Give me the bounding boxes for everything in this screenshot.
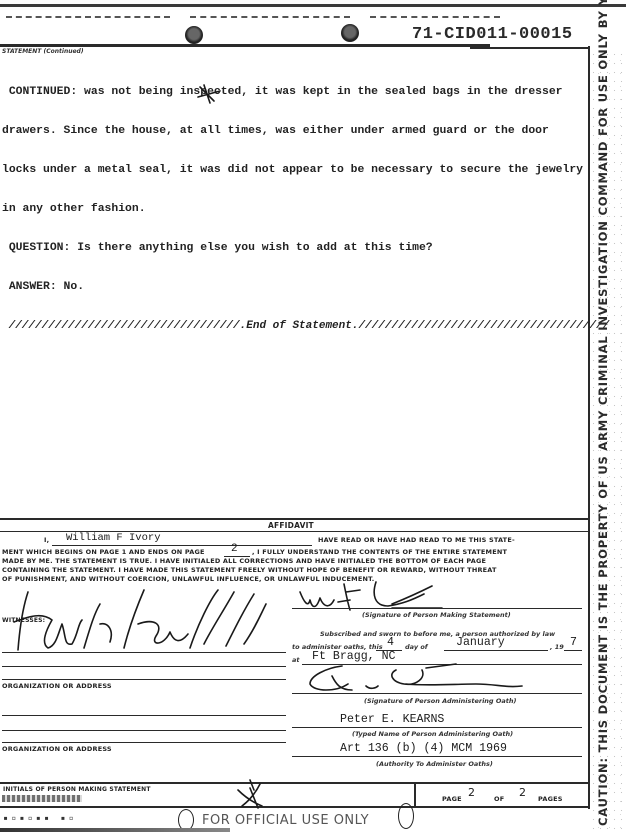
sworn-day: 4 bbox=[387, 636, 394, 649]
punch-hole-left bbox=[185, 26, 203, 44]
authority-text: Art 136 (b) (4) MCM 1969 bbox=[340, 742, 507, 755]
witness-line-4 bbox=[2, 715, 286, 716]
sworn-line-1: Subscribed and sworn to before me, a per… bbox=[320, 630, 555, 638]
of-label: OF bbox=[494, 795, 504, 803]
frame-top-rule-right bbox=[470, 47, 590, 49]
affidavit-line1-suffix: HAVE READ OR HAVE HAD READ TO ME THIS ST… bbox=[318, 536, 515, 544]
footer-bottom-rule bbox=[0, 806, 590, 808]
punch-hole-bottom-right bbox=[398, 803, 414, 829]
administrator-signature bbox=[296, 662, 536, 696]
admin-name-caption: (Typed Name of Person Administering Oath… bbox=[352, 730, 513, 738]
footer-top-rule bbox=[0, 782, 590, 784]
statement-question: QUESTION: Is there anything else you wis… bbox=[2, 242, 609, 255]
org-address-label-1: ORGANIZATION OR ADDRESS bbox=[2, 682, 112, 690]
affidavit-line4: CONTAINING THE STATEMENT. I HAVE MADE TH… bbox=[2, 566, 497, 574]
sworn-day-of: day of bbox=[405, 643, 428, 651]
top-smudge-right bbox=[370, 16, 500, 18]
authority-line bbox=[292, 756, 582, 757]
statement-line: in any other fashion. bbox=[2, 203, 609, 216]
affidavit-title: AFFIDAVIT bbox=[268, 521, 314, 530]
top-smudge-mid bbox=[190, 16, 350, 18]
witness-line-3 bbox=[2, 679, 286, 680]
pages-label: PAGES bbox=[538, 795, 563, 803]
sworn-year-prefix: , 19 bbox=[550, 643, 564, 651]
admin-typed-name: Peter E. KEARNS bbox=[340, 713, 444, 726]
affidavit-end-page: 2 bbox=[231, 543, 238, 555]
authority-caption: (Authority To Administer Oaths) bbox=[376, 760, 493, 768]
page-total: 2 bbox=[519, 786, 526, 799]
witness-line-2 bbox=[2, 666, 286, 667]
sworn-year: 7 bbox=[570, 636, 577, 649]
footer-divider bbox=[414, 782, 416, 806]
witness-line-1 bbox=[2, 652, 286, 653]
affidavit-top-rule bbox=[0, 518, 588, 520]
statement-line: drawers. Since the house, at all times, … bbox=[2, 125, 609, 138]
affidavit-line2-prefix: MENT WHICH BEGINS ON PAGE 1 AND ENDS ON … bbox=[2, 548, 205, 556]
bottom-dark-band bbox=[0, 828, 230, 832]
initials-mark bbox=[230, 778, 270, 814]
initials-smudge bbox=[2, 795, 82, 802]
punch-hole-right bbox=[341, 24, 359, 42]
affidavit-line2-suffix: , I FULLY UNDERSTAND THE CONTENTS OF THE… bbox=[252, 548, 507, 556]
caution-margin-text: CAUTION: THIS DOCUMENT IS THE PROPERTY O… bbox=[596, 0, 610, 826]
top-edge-rule bbox=[0, 4, 626, 7]
document-number: 71-CID011-00015 bbox=[412, 25, 573, 44]
end-of-statement: ///////////////////////////////////.End … bbox=[2, 320, 609, 333]
affiant-name-line bbox=[52, 545, 312, 546]
admin-name-line bbox=[292, 727, 582, 728]
page-label: PAGE bbox=[442, 795, 462, 803]
frame-top-rule bbox=[0, 44, 490, 47]
sworn-month-line bbox=[444, 650, 548, 651]
statement-line: CONTINUED: was not being inspected, it w… bbox=[2, 86, 609, 99]
sworn-year-line bbox=[564, 650, 582, 651]
affidavit-line3: MADE BY ME. THE STATEMENT IS TRUE. I HAV… bbox=[2, 557, 486, 565]
sworn-month: January bbox=[456, 636, 505, 649]
org-address-label-2: ORGANIZATION OR ADDRESS bbox=[2, 745, 112, 753]
section-label: STATEMENT (Continued) bbox=[2, 48, 84, 55]
statement-answer: ANSWER: No. bbox=[2, 281, 609, 294]
initials-label: INITIALS OF PERSON MAKING STATEMENT bbox=[3, 786, 151, 793]
bottom-stamp-smudge: ▪▫▪▫▪▪ ▪▫ bbox=[2, 812, 76, 826]
statement-body: CONTINUED: was not being inspected, it w… bbox=[2, 60, 609, 346]
statement-line: locks under a metal seal, it was did not… bbox=[2, 164, 609, 177]
page-current: 2 bbox=[468, 786, 475, 799]
affiant-signature-caption: (Signature of Person Making Statement) bbox=[362, 611, 511, 619]
admin-signature-line bbox=[292, 693, 582, 694]
affidavit-i: I, bbox=[44, 536, 49, 544]
witness-line-5 bbox=[2, 730, 286, 731]
affiant-name: William F Ivory bbox=[66, 532, 161, 544]
affiant-signature-line bbox=[292, 608, 582, 609]
official-use-label: FOR OFFICIAL USE ONLY bbox=[202, 813, 369, 828]
correction-mark bbox=[196, 83, 226, 105]
witness-line-6 bbox=[2, 742, 286, 743]
witness-signature bbox=[4, 584, 274, 656]
top-smudge-left bbox=[6, 16, 170, 18]
admin-signature-caption: (Signature of Person Administering Oath) bbox=[364, 697, 516, 705]
